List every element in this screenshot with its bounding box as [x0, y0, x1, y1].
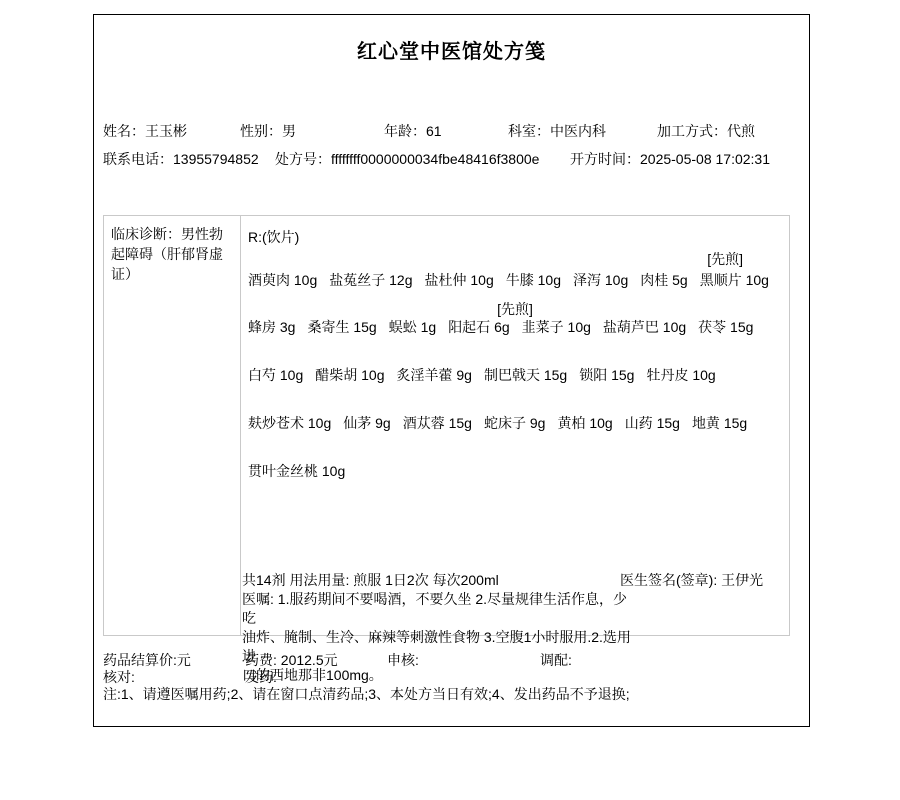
herb-item: 黄柏 10g: [557, 415, 612, 431]
herb-item: 锁阳 15g: [579, 367, 634, 383]
footer-note: 注:1、请遵医嘱用药;2、请在窗口点清药品;3、本处方当日有效;4、发出药品不予…: [103, 685, 630, 703]
herb-row-4: 麸炒苍术 10g仙茅 9g酒苁蓉 15g蛇床子 9g黄柏 10g山药 15g地黄…: [241, 414, 789, 432]
herb-item: 白芍 10g: [248, 367, 303, 383]
herb-item: 蜂房 3g: [248, 319, 295, 335]
phone-value: 13955794852: [173, 151, 259, 167]
fee-value: 2012.5元: [281, 652, 338, 668]
department-value: 中医内科: [550, 123, 606, 139]
herb-item: 酒苁蓉 15g: [403, 415, 472, 431]
department-field: 科室：中医内科: [508, 122, 606, 140]
doctor-signature-value: 王伊光: [721, 572, 763, 588]
patient-gender-label: 性别：: [240, 123, 282, 139]
herb-row-1: 酒萸肉 10g盐菟丝子 12g盐杜仲 10g牛膝 10g泽泻 10g肉桂 5g黑…: [241, 271, 789, 289]
usage-line: 共14剂 用法用量: 煎服 1日2次 每次200ml 医生签名(签章): 王伊光: [242, 571, 789, 589]
check-field: 核对:: [103, 668, 135, 686]
rx-number-label: 处方号：: [275, 151, 331, 167]
decoction-marker-second: [先煎]: [241, 300, 789, 318]
prescription-sheet: 红心堂中医馆处方笺 姓名：王玉彬 性别：男 年龄：61 科室：中医内科 加工方式…: [93, 14, 810, 727]
herb-row-5: 贯叶金丝桃 10g: [241, 462, 789, 480]
herb-item: 制巴戟天 15g: [484, 367, 567, 383]
fee-field: 药费: 2012.5元: [245, 651, 338, 669]
rx-content-cell: R:(饮片) [先煎] 酒萸肉 10g盐菟丝子 12g盐杜仲 10g牛膝 10g…: [241, 216, 789, 635]
phone-field: 联系电话：13955794852: [103, 150, 259, 168]
rx-number-field: 处方号：ffffffff0000000034fbe48416f3800e: [275, 150, 539, 168]
herb-item: 盐杜仲 10g: [425, 272, 494, 288]
herb-item: 牡丹皮 10g: [646, 367, 715, 383]
issue-time-label: 开方时间：: [570, 151, 640, 167]
doctor-signature-field: 医生签名(签章): 王伊光: [620, 571, 763, 589]
herb-item: 炙淫羊藿 9g: [397, 367, 472, 383]
herb-item: 泽泻 10g: [573, 272, 628, 288]
herb-item: 贯叶金丝桃 10g: [248, 463, 345, 479]
herb-item: 醋柴胡 10g: [315, 367, 384, 383]
dosage-text: 共14剂 用法用量: 煎服 1日2次 每次200ml: [242, 572, 499, 588]
phone-label: 联系电话：: [103, 151, 173, 167]
patient-age-field: 年龄：61: [384, 122, 442, 140]
herb-row-3: 白芍 10g醋柴胡 10g炙淫羊藿 9g制巴戟天 15g锁阳 15g牡丹皮 10…: [241, 366, 789, 384]
herb-item: 黑顺片 10g: [700, 272, 769, 288]
patient-age-value: 61: [426, 123, 442, 139]
herb-item: 盐葫芦巴 10g: [603, 319, 686, 335]
herb-item: 牛膝 10g: [506, 272, 561, 288]
decoction-marker-first: [先煎]: [241, 250, 789, 268]
department-label: 科室：: [508, 123, 550, 139]
settle-price-field: 药品结算价:元: [103, 651, 191, 669]
herb-item: 桑寄生 15g: [307, 319, 376, 335]
herb-item: 山药 15g: [625, 415, 680, 431]
patient-name-field: 姓名：王玉彬: [103, 122, 187, 140]
herb-item: 蛇床子 9g: [484, 415, 545, 431]
diagnosis-cell: 临床诊断：男性勃起障碍（肝郁肾虚证）: [104, 216, 241, 635]
herb-item: 韭菜子 10g: [522, 319, 591, 335]
processing-method-label: 加工方式：: [657, 123, 727, 139]
review-field: 申核:: [387, 651, 419, 669]
herb-item: 蜈蚣 1g: [389, 319, 436, 335]
patient-name-label: 姓名：: [103, 123, 145, 139]
herb-item: 肉桂 5g: [640, 272, 687, 288]
patient-gender-field: 性别：男: [240, 122, 296, 140]
herb-item: 麸炒苍术 10g: [248, 415, 331, 431]
diagnosis-label: 临床诊断：: [111, 226, 181, 242]
herb-item: 茯苓 15g: [698, 319, 753, 335]
patient-name-value: 王玉彬: [145, 123, 187, 139]
rx-number-value: ffffffff0000000034fbe48416f3800e: [331, 151, 539, 167]
patient-gender-value: 男: [282, 123, 296, 139]
issue-time-value: 2025-05-08 17:02:31: [640, 151, 770, 167]
herb-item: 地黄 15g: [692, 415, 747, 431]
herb-item: 仙茅 9g: [343, 415, 390, 431]
medical-advice: 医嘱: 1.服药期间不要喝酒，不要久坐 2.尽量规律生活作息，少吃 油炸、腌制、…: [242, 590, 634, 685]
dispense-field: 发药:: [245, 668, 277, 686]
issue-time-field: 开方时间：2025-05-08 17:02:31: [570, 150, 770, 168]
processing-method-field: 加工方式：代煎: [657, 122, 755, 140]
herb-item: 阳起石 6g: [448, 319, 509, 335]
fee-label: 药费:: [245, 652, 281, 668]
herb-item: 盐菟丝子 12g: [329, 272, 412, 288]
page-title: 红心堂中医馆处方笺: [94, 35, 809, 64]
patient-age-label: 年龄：: [384, 123, 426, 139]
herb-row-2: 蜂房 3g桑寄生 15g蜈蚣 1g阳起石 6g韭菜子 10g盐葫芦巴 10g茯苓…: [241, 318, 789, 336]
processing-method-value: 代煎: [727, 123, 755, 139]
herb-item: 酒萸肉 10g: [248, 272, 317, 288]
rx-header: R:(饮片): [241, 228, 789, 246]
medical-advice-line-1: 医嘱: 1.服药期间不要喝酒，不要久坐 2.尽量规律生活作息，少吃: [242, 590, 634, 628]
prepare-field: 调配:: [540, 651, 572, 669]
prescription-box: 临床诊断：男性勃起障碍（肝郁肾虚证） R:(饮片) [先煎] 酒萸肉 10g盐菟…: [103, 215, 790, 636]
doctor-signature-label: 医生签名(签章):: [620, 572, 721, 588]
